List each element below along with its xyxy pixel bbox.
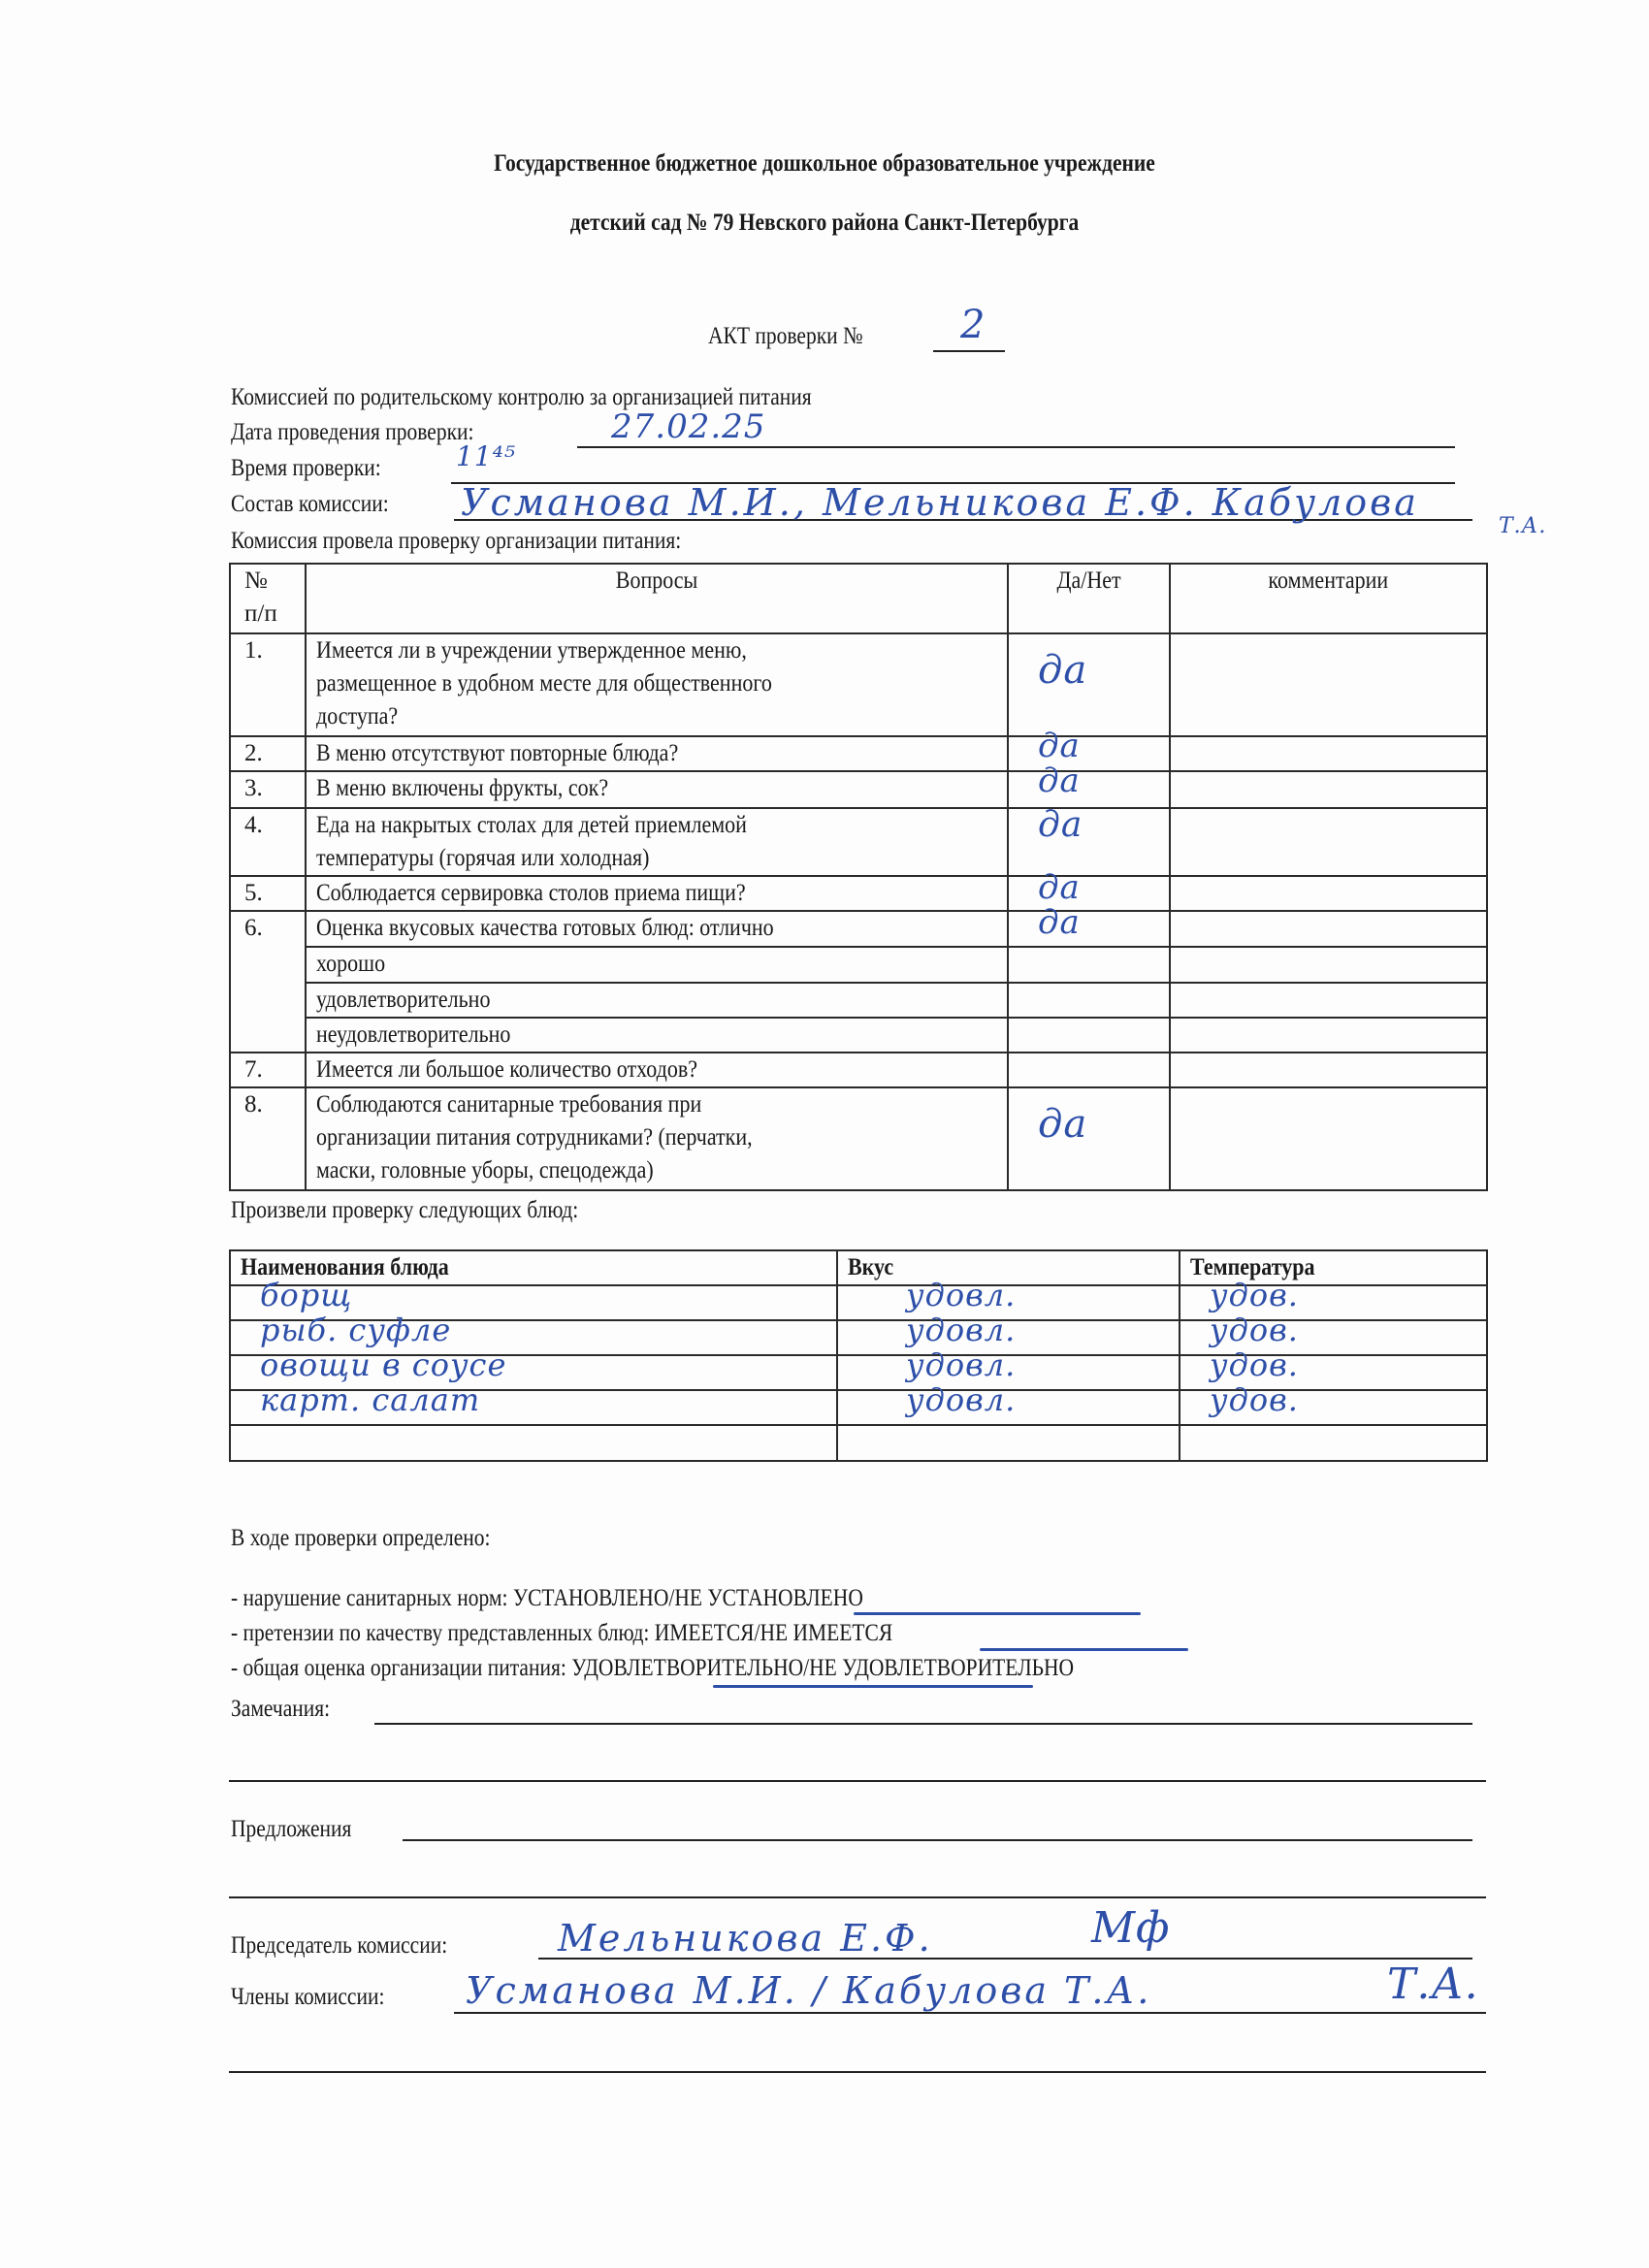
table-row: неудовлетворительно <box>230 1018 1487 1053</box>
row-answer[interactable]: да <box>1008 808 1170 876</box>
option-established[interactable]: УСТАНОВЛЕНО <box>513 1585 668 1611</box>
members-field-overflow: Т.А. <box>1499 514 1546 538</box>
chair-field[interactable]: Мельникова Е.Ф. <box>558 1917 933 1960</box>
header-num-line1: № <box>244 565 295 598</box>
institution-name-line1: Государственное бюджетное дошкольное обр… <box>115 150 1534 178</box>
row-answer[interactable] <box>1008 983 1170 1018</box>
members-signature: Т.А. <box>1387 1960 1479 2009</box>
row-num: 8. <box>230 1087 306 1190</box>
dish-row <box>230 1425 1487 1461</box>
row-answer[interactable]: да <box>1008 633 1170 736</box>
selection-underline <box>980 1648 1188 1651</box>
row-answer[interactable] <box>1008 1018 1170 1053</box>
members-sign-field[interactable]: Усманова М.И. / Кабулова Т.А. <box>466 1969 1151 2012</box>
row-question: Соблюдаются санитарные требования при ор… <box>306 1087 1008 1190</box>
remarks-field[interactable] <box>374 1723 1472 1725</box>
row-question: хорошо <box>306 947 1008 983</box>
row-num: 7. <box>230 1053 306 1087</box>
row-comment[interactable] <box>1170 736 1487 771</box>
dish-temperature[interactable] <box>1180 1425 1487 1461</box>
dish-temperature[interactable]: удов. <box>1180 1390 1487 1425</box>
table-row: 4. Еда на накрытых столах для детей прие… <box>230 808 1487 876</box>
row-question: В меню отсутствуют повторные блюда? <box>306 736 1008 771</box>
row-question: удовлетворительно <box>306 983 1008 1018</box>
row-answer[interactable] <box>1008 1053 1170 1087</box>
option-unsatisfactory[interactable]: НЕ УДОВЛЕТВОРИТЕЛЬНО <box>809 1655 1074 1681</box>
row-question: Еда на накрытых столах для детей приемле… <box>306 808 1008 876</box>
row-num: 2. <box>230 736 306 771</box>
table-row: 7. Имеется ли большое количество отходов… <box>230 1053 1487 1087</box>
row-comment[interactable] <box>1170 1053 1487 1087</box>
act-number[interactable]: 2 <box>960 303 986 347</box>
proposals-field-line2[interactable] <box>229 1896 1486 1898</box>
table-row: 3. В меню включены фрукты, сок? да <box>230 771 1487 808</box>
row-question: В меню включены фрукты, сок? <box>306 771 1008 808</box>
row-answer[interactable] <box>1008 947 1170 983</box>
row-comment[interactable] <box>1170 633 1487 736</box>
header-num: № п/п <box>230 564 306 633</box>
date-field[interactable]: 27.02.25 <box>611 407 765 446</box>
table-row: 1. Имеется ли в учреждении утвержденное … <box>230 633 1487 736</box>
row-comment[interactable] <box>1170 911 1487 947</box>
row-comment[interactable] <box>1170 947 1487 983</box>
table-row: 5. Соблюдается сервировка столов приема … <box>230 876 1487 911</box>
row-num: 3. <box>230 771 306 808</box>
selection-underline <box>713 1685 1033 1688</box>
findings-title: В ходе проверки определено: <box>231 1525 491 1552</box>
members-sign-line <box>454 2012 1486 2014</box>
institution-name-line2: детский сад № 79 Невского района Санкт-П… <box>115 210 1534 237</box>
extra-line <box>229 2071 1486 2073</box>
dish-name[interactable]: карт. салат <box>230 1390 837 1425</box>
dishes-table: Наименования блюда Вкус Температура борщ… <box>229 1249 1488 1462</box>
row-comment[interactable] <box>1170 1018 1487 1053</box>
row-question: Имеется ли в учреждении утвержденное мен… <box>306 633 1008 736</box>
row-num: 5. <box>230 876 306 911</box>
option-satisfactory[interactable]: УДОВЛЕТВОРИТЕЛЬНО <box>571 1655 803 1681</box>
act-title-label: АКТ проверки № <box>708 323 863 350</box>
row-num: 1. <box>230 633 306 736</box>
header-answer: Да/Нет <box>1008 564 1170 633</box>
finding-overall: - общая оценка организации питания: УДОВ… <box>231 1655 1074 1682</box>
remarks-field-line2[interactable] <box>229 1780 1486 1782</box>
members-sign-label: Члены комиссии: <box>231 1984 384 2011</box>
dish-taste[interactable]: удовл. <box>837 1390 1180 1425</box>
header-comment: комментарии <box>1170 564 1487 633</box>
table-row: 6. Оценка вкусовых качества готовых блюд… <box>230 911 1487 947</box>
members-field[interactable]: Усманова М.И., Мельникова Е.Ф. Кабулова <box>461 481 1419 524</box>
selection-underline <box>854 1612 1141 1615</box>
members-label: Состав комиссии: <box>231 491 389 518</box>
dish-row: карт. салат удовл. удов. <box>230 1390 1487 1425</box>
row-num: 4. <box>230 808 306 876</box>
time-label: Время проверки: <box>231 455 381 482</box>
proposals-label: Предложения <box>231 1816 351 1843</box>
header-num-line2: п/п <box>244 598 295 631</box>
remarks-label: Замечания: <box>231 1696 330 1723</box>
row-question: неудовлетворительно <box>306 1018 1008 1053</box>
header-question: Вопросы <box>306 564 1008 633</box>
row-question: Имеется ли большое количество отходов? <box>306 1053 1008 1087</box>
dishes-intro: Произвели проверку следующих блюд: <box>231 1197 578 1224</box>
checked-line: Комиссия провела проверку организации пи… <box>231 528 681 555</box>
option-not-established[interactable]: НЕ УСТАНОВЛЕНО <box>674 1585 863 1611</box>
table-row: удовлетворительно <box>230 983 1487 1018</box>
act-number-line <box>933 350 1005 352</box>
row-comment[interactable] <box>1170 983 1487 1018</box>
table-row: хорошо <box>230 947 1487 983</box>
act-title: АКТ проверки № <box>708 323 889 350</box>
date-line <box>577 446 1455 448</box>
questions-table: № п/п Вопросы Да/Нет комментарии 1. Имее… <box>229 563 1488 1191</box>
chair-signature: Мф <box>1091 1903 1171 1953</box>
table-row: 2. В меню отсутствуют повторные блюда? д… <box>230 736 1487 771</box>
dish-taste[interactable] <box>837 1425 1180 1461</box>
row-comment[interactable] <box>1170 808 1487 876</box>
row-answer[interactable]: да <box>1008 771 1170 808</box>
dish-name[interactable] <box>230 1425 837 1461</box>
option-not-exists[interactable]: НЕ ИМЕЕТСЯ <box>760 1620 892 1646</box>
row-question: Соблюдается сервировка столов приема пищ… <box>306 876 1008 911</box>
row-comment[interactable] <box>1170 1087 1487 1190</box>
option-exists[interactable]: ИМЕЕТСЯ <box>655 1620 755 1646</box>
chair-label: Председатель комиссии: <box>231 1932 447 1960</box>
finding-sanitary: - нарушение санитарных норм: УСТАНОВЛЕНО… <box>231 1585 863 1612</box>
table-row: 8. Соблюдаются санитарные требования при… <box>230 1087 1487 1190</box>
row-answer[interactable]: да <box>1008 876 1170 911</box>
questions-header-row: № п/п Вопросы Да/Нет комментарии <box>230 564 1487 633</box>
date-label: Дата проведения проверки: <box>231 419 474 446</box>
row-question: Оценка вкусовых качества готовых блюд: о… <box>306 911 1008 947</box>
proposals-field[interactable] <box>403 1839 1472 1841</box>
finding-claims: - претензии по качеству представленных б… <box>231 1620 892 1647</box>
row-answer[interactable]: да <box>1008 911 1170 947</box>
row-answer[interactable]: да <box>1008 736 1170 771</box>
row-comment[interactable] <box>1170 771 1487 808</box>
time-field[interactable]: 11⁴⁵ <box>456 440 516 472</box>
row-num: 6. <box>230 911 306 1053</box>
row-comment[interactable] <box>1170 876 1487 911</box>
row-answer[interactable]: да <box>1008 1087 1170 1190</box>
